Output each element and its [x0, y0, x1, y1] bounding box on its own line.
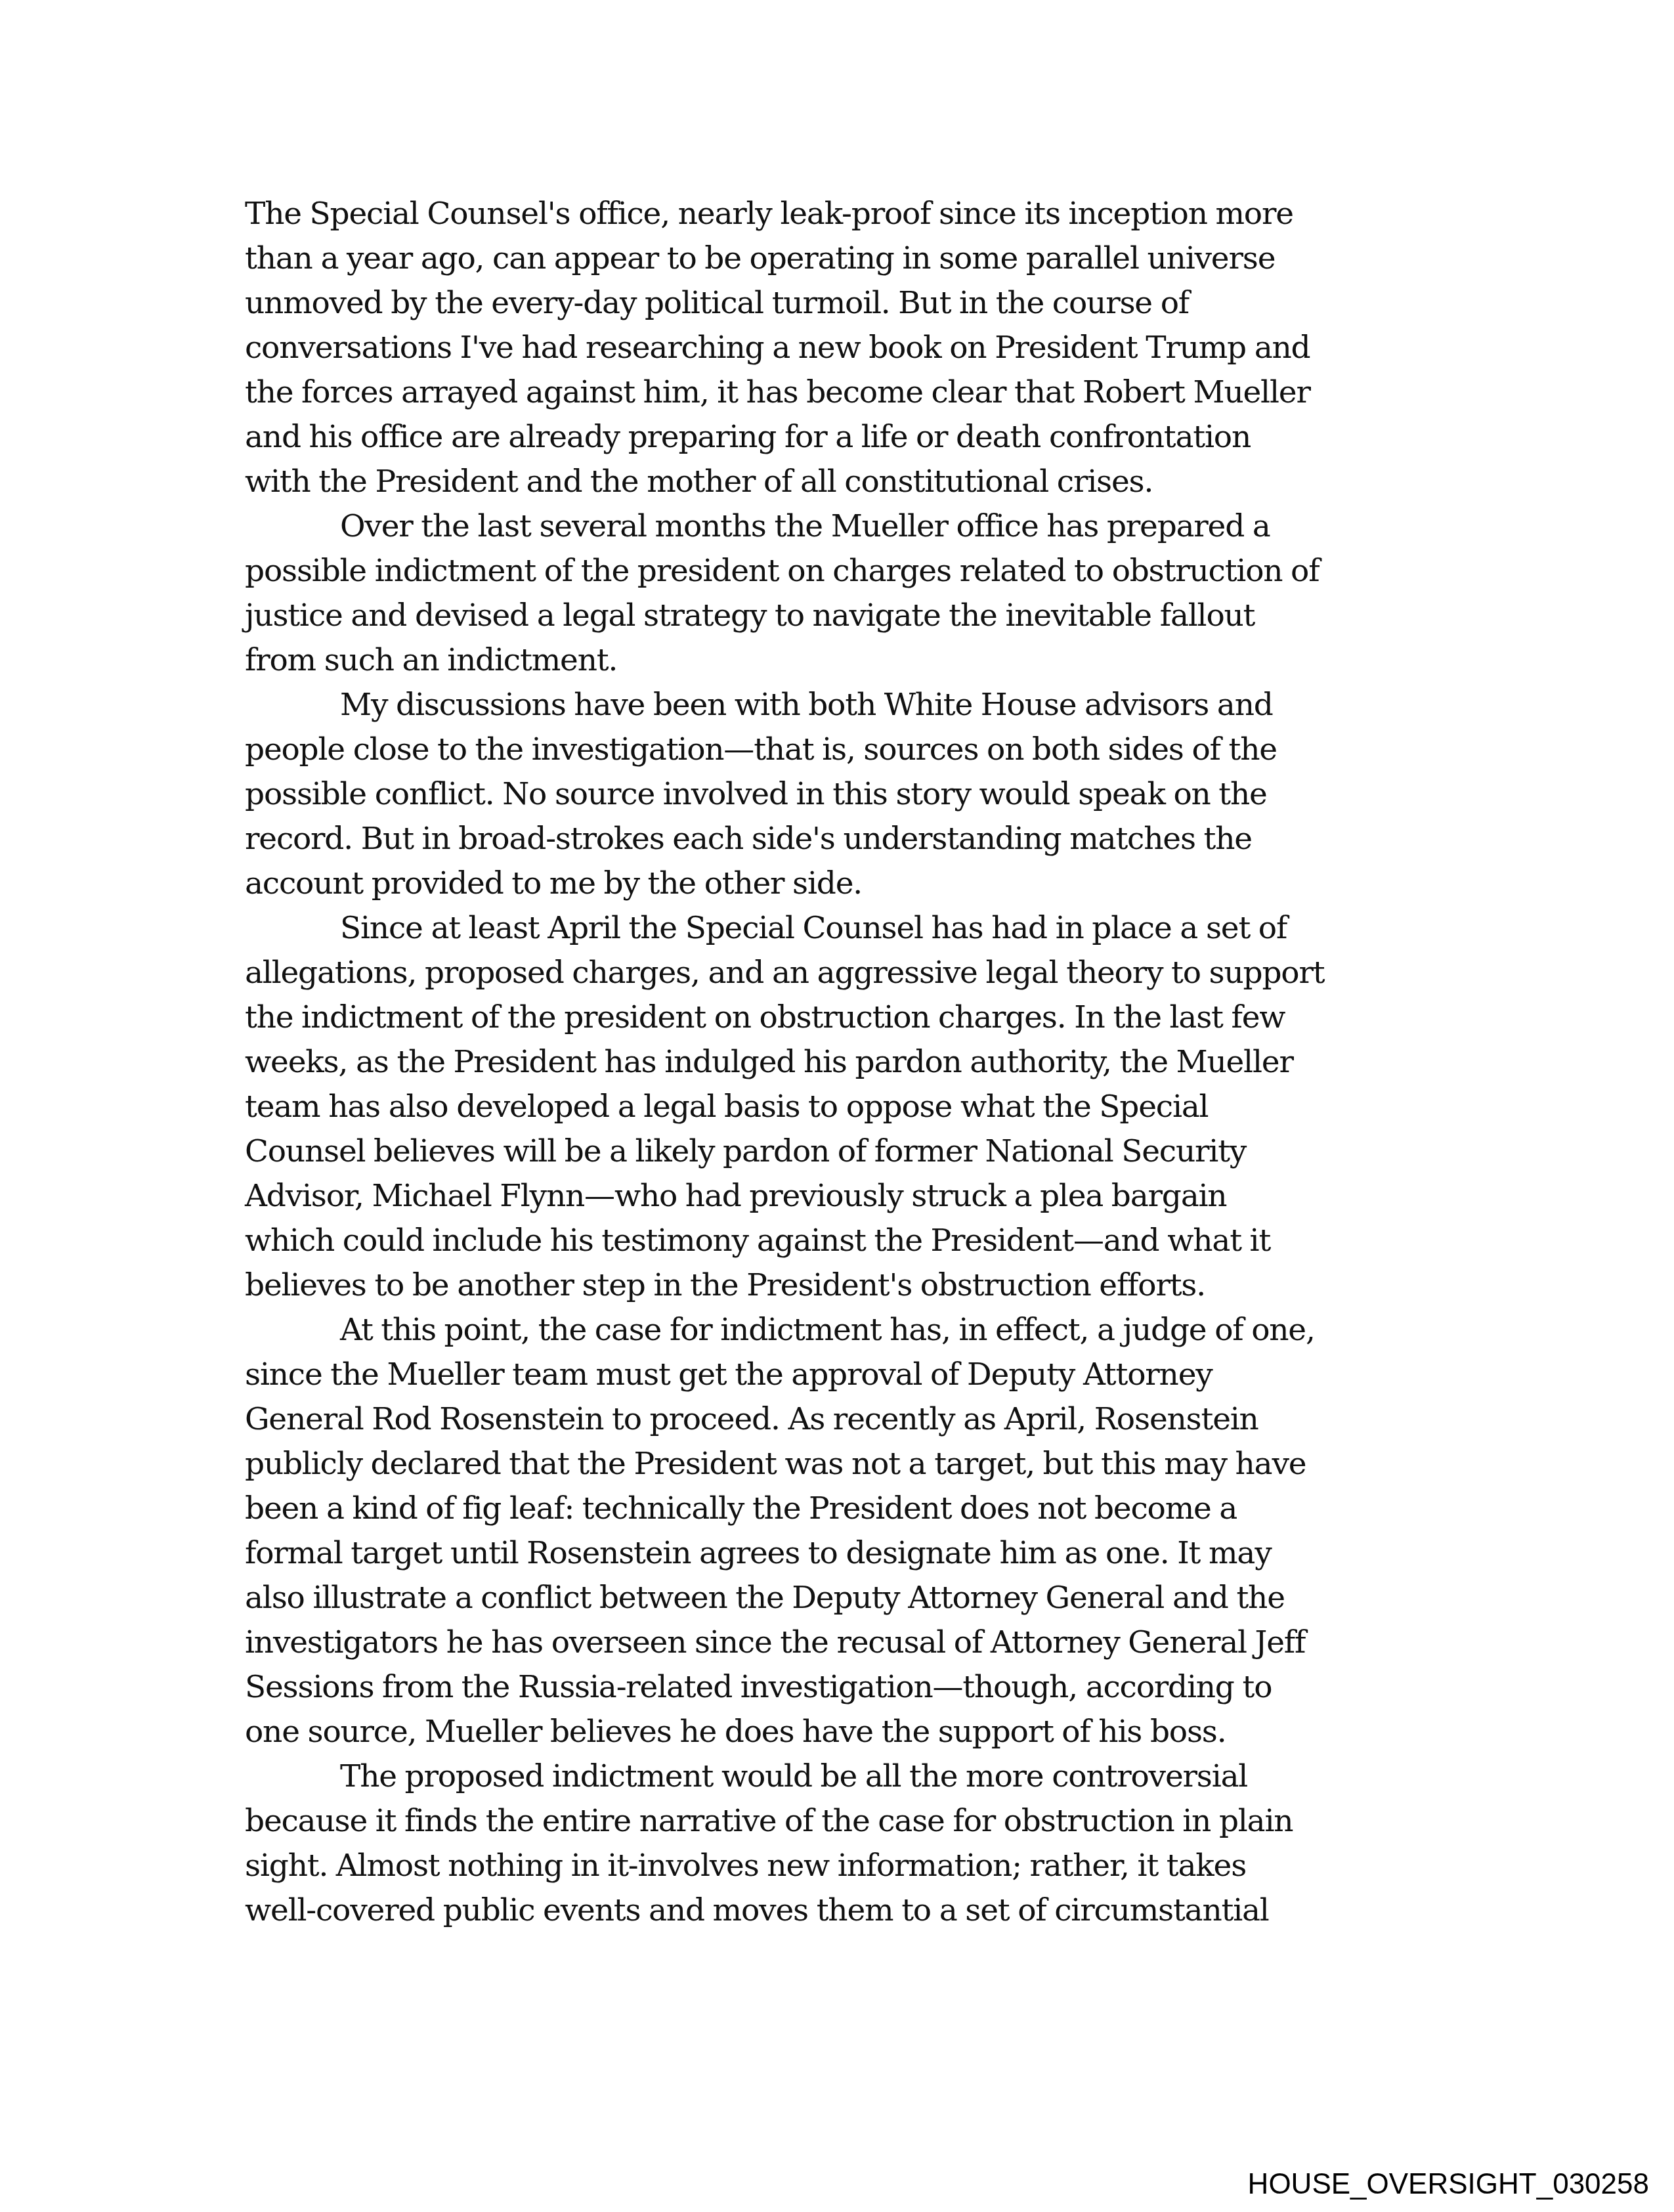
text-line: formal target until Rosenstein agrees to…: [245, 1531, 1427, 1576]
text-line: been a kind of fig leaf: technically the…: [245, 1486, 1427, 1531]
text-line: General Rod Rosenstein to proceed. As re…: [245, 1397, 1427, 1442]
text-line: Advisor, Michael Flynn—who had previousl…: [245, 1174, 1427, 1219]
text-line: well-covered public events and moves the…: [245, 1888, 1427, 1933]
text-line: Since at least April the Special Counsel…: [245, 906, 1427, 951]
text-line: At this point, the case for indictment h…: [245, 1308, 1427, 1353]
text-line: conversations I've had researching a new…: [245, 326, 1427, 370]
text-line: than a year ago, can appear to be operat…: [245, 236, 1427, 281]
paragraph: The Special Counsel's office, nearly lea…: [245, 192, 1427, 504]
paragraph: At this point, the case for indictment h…: [245, 1308, 1427, 1754]
text-line: from such an indictment.: [245, 638, 1427, 683]
text-line: the forces arrayed against him, it has b…: [245, 370, 1427, 415]
text-line: weeks, as the President has indulged his…: [245, 1040, 1427, 1085]
paragraph: The proposed indictment would be all the…: [245, 1754, 1427, 1933]
text-line: Sessions from the Russia-related investi…: [245, 1665, 1427, 1710]
text-line: people close to the investigation—that i…: [245, 727, 1427, 772]
text-line: team has also developed a legal basis to…: [245, 1085, 1427, 1129]
paragraph: Since at least April the Special Counsel…: [245, 906, 1427, 1308]
text-line: Counsel believes will be a likely pardon…: [245, 1129, 1427, 1174]
text-line: the indictment of the president on obstr…: [245, 995, 1427, 1040]
text-line: investigators he has overseen since the …: [245, 1620, 1427, 1665]
text-line: account provided to me by the other side…: [245, 861, 1427, 906]
text-line: My discussions have been with both White…: [245, 683, 1427, 727]
text-line: The Special Counsel's office, nearly lea…: [245, 192, 1427, 236]
text-line: also illustrate a conflict between the D…: [245, 1576, 1427, 1620]
text-line: since the Mueller team must get the appr…: [245, 1353, 1427, 1397]
text-line: record. But in broad-strokes each side's…: [245, 817, 1427, 861]
text-line: with the President and the mother of all…: [245, 460, 1427, 504]
text-line: because it finds the entire narrative of…: [245, 1799, 1427, 1844]
text-line: sight. Almost nothing in it-involves new…: [245, 1844, 1427, 1888]
text-line: The proposed indictment would be all the…: [245, 1754, 1427, 1799]
text-line: publicly declared that the President was…: [245, 1442, 1427, 1486]
text-line: one source, Mueller believes he does hav…: [245, 1710, 1427, 1754]
text-line: Over the last several months the Mueller…: [245, 504, 1427, 549]
document-body: The Special Counsel's office, nearly lea…: [245, 192, 1427, 1933]
text-line: believes to be another step in the Presi…: [245, 1263, 1427, 1308]
text-line: allegations, proposed charges, and an ag…: [245, 951, 1427, 995]
text-line: justice and devised a legal strategy to …: [245, 594, 1427, 638]
bates-stamp: HOUSE_OVERSIGHT_030258: [1248, 2168, 1649, 2201]
paragraph: Over the last several months the Mueller…: [245, 504, 1427, 683]
paragraph: My discussions have been with both White…: [245, 683, 1427, 906]
text-line: possible conflict. No source involved in…: [245, 772, 1427, 817]
text-line: possible indictment of the president on …: [245, 549, 1427, 594]
text-line: unmoved by the every-day political turmo…: [245, 281, 1427, 326]
text-line: which could include his testimony agains…: [245, 1219, 1427, 1263]
text-line: and his office are already preparing for…: [245, 415, 1427, 460]
document-page: The Special Counsel's office, nearly lea…: [0, 0, 1674, 2212]
